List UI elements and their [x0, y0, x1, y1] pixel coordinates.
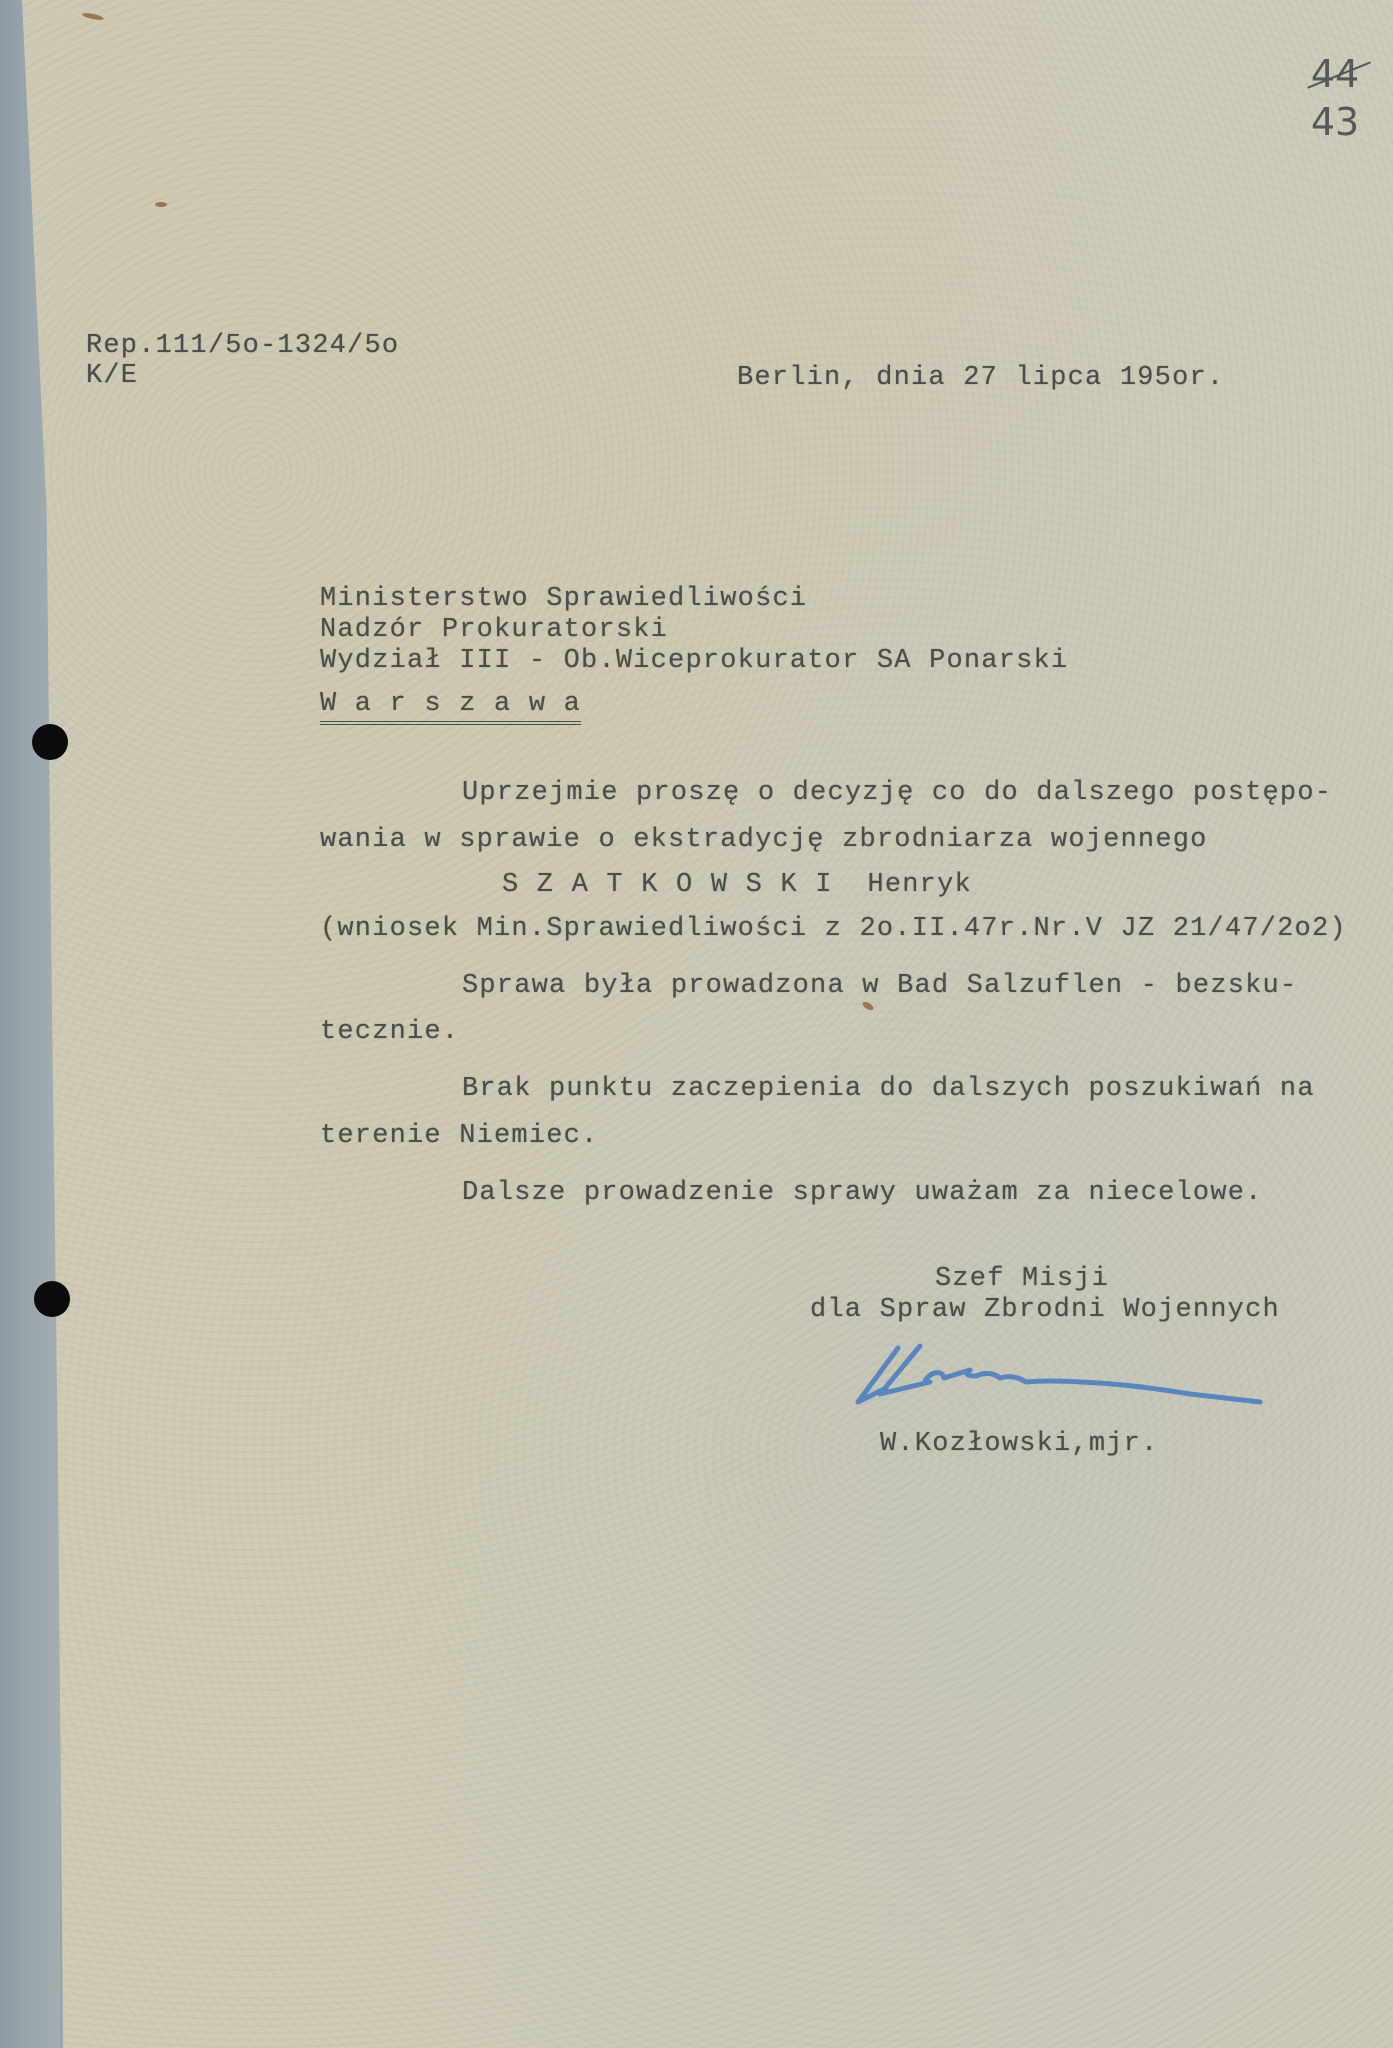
letter-page	[22, 0, 1393, 2048]
paper-texture	[22, 0, 1393, 2048]
reference-number: Rep.111/5o-1324/5o	[86, 330, 399, 362]
place-date: Berlin, dnia 27 lipca 195or.	[737, 362, 1224, 394]
closing-title-2: dla Spraw Zbrodni Wojennych	[810, 1294, 1280, 1326]
recipient-line-3: Wydział III - Ob.Wiceprokurator SA Ponar…	[320, 645, 1068, 677]
closing-title-1: Szef Misji	[935, 1263, 1109, 1295]
folio-struck: 44	[1311, 50, 1359, 98]
body-paragraph-3-line-2: terenie Niemiec.	[320, 1120, 598, 1152]
folio-number: 44 43	[1290, 50, 1380, 160]
body-paragraph-1-line-1: Uprzejmie proszę o decyzję co do dalszeg…	[462, 777, 1332, 809]
punch-hole-bottom	[34, 1281, 70, 1317]
recipient-line-2: Nadzór Prokuratorski	[320, 614, 668, 646]
recipient-city: W a r s z a w a	[320, 689, 581, 725]
body-paragraph-2-line-1: Sprawa była prowadzona w Bad Salzuflen -…	[462, 970, 1297, 1002]
body-paragraph-2-line-2: tecznie.	[320, 1016, 459, 1048]
handwritten-signature	[850, 1330, 1270, 1410]
recipient-line-1: Ministerstwo Sprawiedliwości	[320, 583, 807, 615]
body-paragraph-4-line-1: Dalsze prowadzenie sprawy uważam za niec…	[462, 1177, 1263, 1209]
punch-hole-top	[32, 724, 68, 760]
war-criminal-name: S Z A T K O W S K I Henryk	[502, 869, 972, 901]
body-paragraph-1-line-2: wania w sprawie o ekstradycję zbrodniarz…	[320, 824, 1208, 856]
body-paragraph-3-line-1: Brak punktu zaczepienia do dalszych posz…	[462, 1073, 1315, 1105]
signer-name: W.Kozłowski,mjr.	[880, 1428, 1158, 1460]
folio-current: 43	[1290, 98, 1380, 146]
reference-initials: K/E	[86, 360, 138, 392]
body-paragraph-1-line-4: (wniosek Min.Sprawiedliwości z 2o.II.47r…	[320, 913, 1347, 945]
paper-speck	[155, 202, 167, 207]
